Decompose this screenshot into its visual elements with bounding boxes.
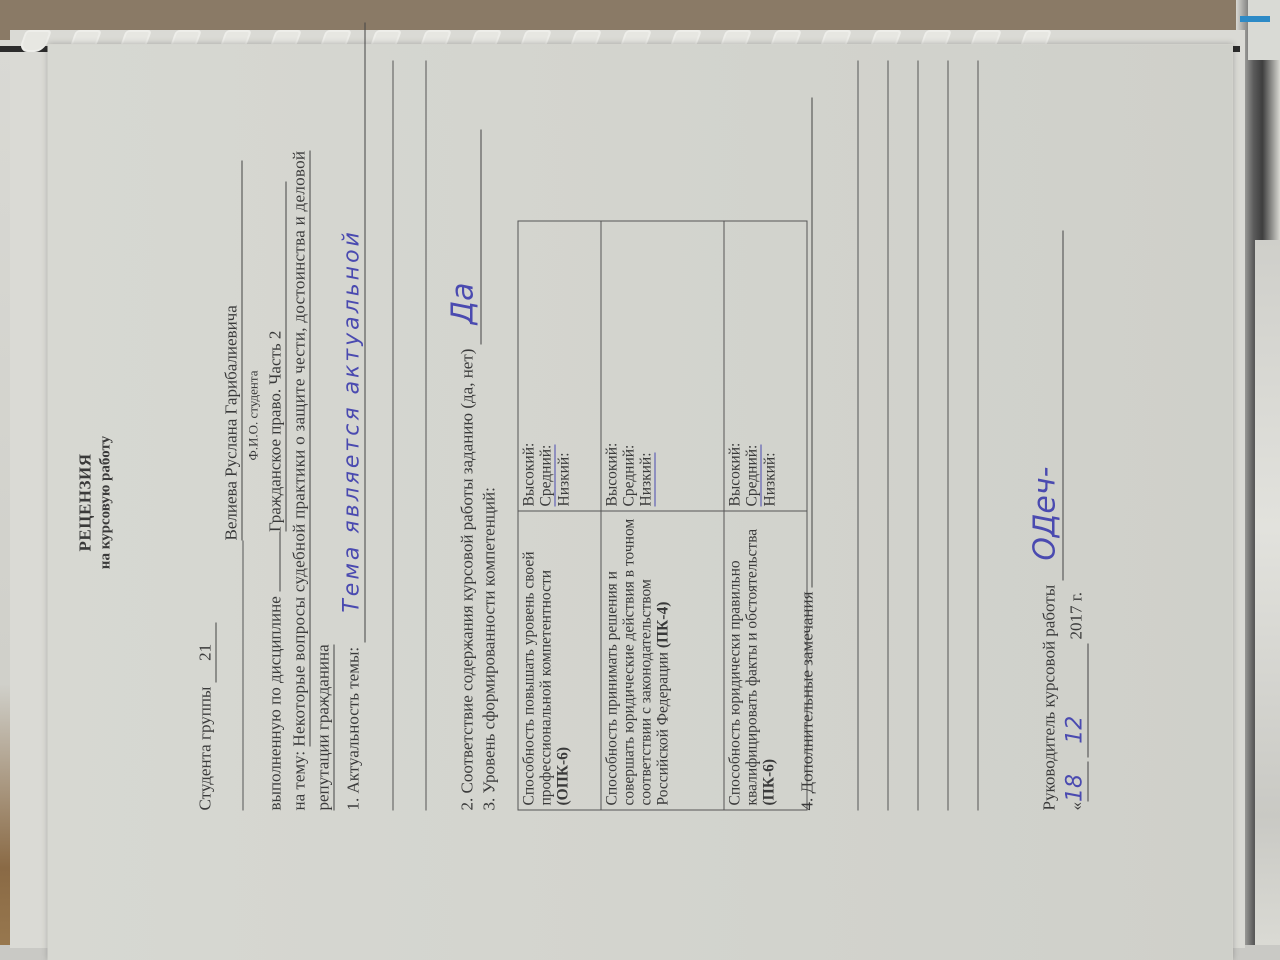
level-option: Высокий: (521, 226, 538, 507)
competency-code: (ПК-6) (761, 759, 778, 806)
remarks-rule-5 (978, 61, 979, 811)
q4-rule (812, 97, 813, 587)
level-option: Средний: (621, 226, 638, 507)
form-subtitle: на курсовую работу (98, 45, 115, 960)
student-name: Велиева Руслана Гарибалиевича (222, 161, 243, 541)
group-line: Студента группы 21 (196, 622, 217, 810)
group-value: 21 (196, 622, 217, 682)
level-option: Высокий: (727, 226, 744, 507)
supervisor-line: Руководитель курсовой работы ОДеч- (1028, 231, 1064, 811)
date-open-quote: « (1067, 802, 1086, 811)
q2-line: 2. Соответствие содержания курсовой рабо… (446, 129, 482, 810)
competency-levels: Высокий:Средний:Низкий: (601, 221, 724, 511)
competency-code: (ПК-4) (655, 602, 672, 649)
blue-folder-edge (1240, 16, 1270, 22)
competency-text: Способность принимать решения и совершат… (604, 519, 672, 806)
q1-rule-3 (426, 61, 427, 811)
group-label: Студента группы (196, 687, 215, 811)
level-selected: Средний: (744, 445, 762, 507)
level-selected: Средний: (538, 445, 556, 507)
competency-row: Способность повышать уровень своей профе… (518, 221, 601, 810)
competency-row: Способность юридически правильно квалифи… (724, 221, 807, 810)
q2-label: 2. Соответствие содержания курсовой рабо… (458, 349, 477, 811)
supervisor-signature: ОДеч- (1028, 231, 1064, 581)
discipline-value: Гражданское право. Часть 2 (266, 182, 287, 532)
q1-line: 1. Актуальность темы: Тема является акту… (340, 23, 366, 811)
background-pages-right (1255, 240, 1280, 960)
competency-description: Способность принимать решения и совершат… (601, 511, 724, 810)
discipline-label: выполненную по дисциплине (266, 596, 285, 810)
q3-label: 3. Уровень сформированности компетенций: (480, 487, 500, 810)
student-caption: Ф.И.О. студента (246, 371, 262, 461)
level-option: Высокий: (604, 226, 621, 507)
q4-label: 4. Дополнительные замечания (798, 592, 817, 811)
discipline-line: выполненную по дисциплине Гражданское пр… (266, 182, 287, 811)
q1-rule-2 (393, 61, 394, 811)
date-month: 12 (1063, 644, 1089, 758)
remarks-rule-3 (918, 61, 919, 811)
level-option: Низкий: (762, 226, 779, 507)
date-line: «18 12 2017 г. (1063, 592, 1089, 811)
date-day: 18 (1063, 762, 1089, 802)
topic-text-2: репутации гражданина (314, 644, 335, 810)
form-title: РЕЦЕНЗИЯ (76, 45, 96, 960)
review-form: РЕЦЕНЗИЯ на курсовую работу Студента гру… (48, 45, 1233, 960)
q4-line: 4. Дополнительные замечания (798, 97, 818, 810)
competency-levels: Высокий:Средний:Низкий: (518, 221, 601, 511)
competency-description: Способность юридически правильно квалифи… (724, 511, 807, 810)
remarks-rule-2 (888, 61, 889, 811)
q1-label: 1. Актуальность темы: (344, 647, 363, 811)
remarks-rule-1 (858, 61, 859, 811)
topic-text-1: Некоторые вопросы судебной практики о за… (290, 151, 311, 747)
topic-line-1: на тему: Некоторые вопросы судебной прак… (290, 151, 311, 811)
competency-code: (ОПК-6) (555, 747, 572, 806)
document-sheet: РЕЦЕНЗИЯ на курсовую работу Студента гру… (48, 44, 1233, 960)
competency-levels: Высокий:Средний:Низкий: (724, 221, 807, 511)
level-option: Низкий: (556, 226, 573, 507)
q1-answer: Тема является актуальной (340, 23, 366, 643)
discipline-pad (280, 532, 281, 592)
competency-text: Способность юридически правильно квалифи… (727, 529, 761, 806)
topic-line-2: репутации гражданина (314, 644, 335, 810)
level-selected: Низкий: (638, 452, 656, 506)
q2-answer: Да (446, 129, 482, 344)
competency-row: Способность принимать решения и совершат… (601, 221, 724, 810)
competency-description: Способность повышать уровень своей профе… (518, 511, 601, 810)
background-page-corner (1248, 0, 1280, 60)
supervisor-label: Руководитель курсовой работы (1040, 585, 1059, 811)
date-year: 2017 г. (1067, 592, 1086, 640)
topic-label: на тему: (290, 751, 309, 811)
student-name-line: Велиева Руслана Гарибалиевича (222, 161, 243, 541)
remarks-rule-4 (948, 61, 949, 811)
competency-table: Способность повышать уровень своей профе… (518, 221, 808, 811)
name-rule-left (243, 541, 244, 811)
competency-text: Способность повышать уровень своей профе… (521, 551, 555, 805)
